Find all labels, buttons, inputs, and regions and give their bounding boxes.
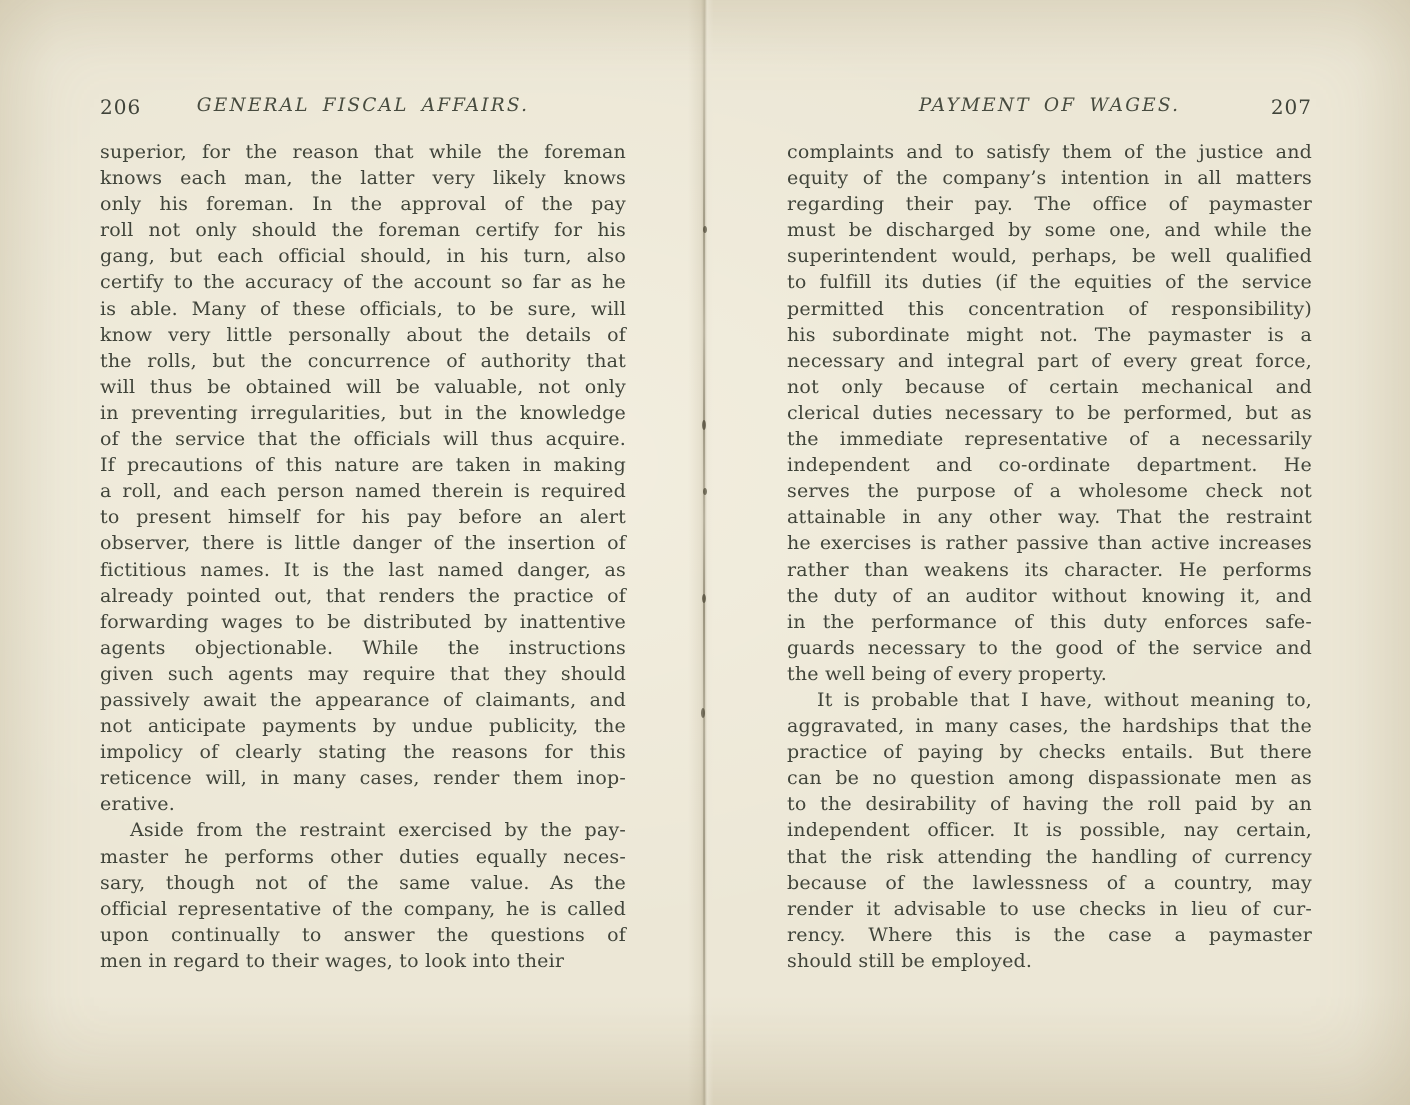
text-line: the duty of an auditor without knowing i… [787, 583, 1312, 609]
text-line: certify to the accuracy of the account s… [100, 269, 626, 295]
text-line: agents objectionable. While the instruct… [100, 635, 626, 661]
text-line: the well being of every property. [787, 661, 1312, 687]
text-line: the rolls, but the concurrence of author… [100, 348, 626, 374]
text-line: men in regard to their wages, to look in… [100, 948, 626, 974]
text-line: guards necessary to the good of the serv… [787, 635, 1312, 661]
text-line: attainable in any other way. That the re… [787, 504, 1312, 530]
text-line: to present himself for his pay before an… [100, 504, 626, 530]
text-line: passively await the appearance of claima… [100, 687, 626, 713]
book-gutter [688, 0, 722, 1105]
text-line: already pointed out, that renders the pr… [100, 583, 626, 609]
text-line: must be discharged by some one, and whil… [787, 217, 1312, 243]
text-line: master he performs other duties equally … [100, 844, 626, 870]
page-body: complaints and to satisfy them of the ju… [787, 139, 1312, 974]
running-head: GENERAL FISCAL AFFAIRS. [100, 95, 626, 116]
running-head: PAYMENT OF WAGES. [787, 95, 1312, 116]
gutter-speck [702, 420, 706, 430]
page-head-left: 206 GENERAL FISCAL AFFAIRS. [100, 95, 626, 121]
text-line: gang, but each official should, in his t… [100, 243, 626, 269]
text-line: not only because of certain mechanical a… [787, 374, 1312, 400]
text-line: If precautions of this nature are taken … [100, 452, 626, 478]
text-line: that the risk attending the handling of … [787, 844, 1312, 870]
text-line: aggravated, in many cases, the hardships… [787, 713, 1312, 739]
text-line: upon continually to answer the questions… [100, 922, 626, 948]
gutter-speck [701, 708, 705, 718]
text-line: forwarding wages to be distributed by in… [100, 609, 626, 635]
gutter-speck [702, 594, 706, 603]
text-line: knows each man, the latter very likely k… [100, 165, 626, 191]
text-line: equity of the company’s intention in all… [787, 165, 1312, 191]
text-line: to the desirability of having the roll p… [787, 791, 1312, 817]
text-line: given such agents may require that they … [100, 661, 626, 687]
text-line: fictitious names. It is the last named d… [100, 557, 626, 583]
text-line: necessary and integral part of every gre… [787, 348, 1312, 374]
page-number: 207 [1271, 95, 1312, 119]
text-line: to fulfill its duties (if the equities o… [787, 269, 1312, 295]
text-line: independent officer. It is possible, nay… [787, 817, 1312, 843]
text-line: Aside from the restraint exercised by th… [100, 817, 626, 843]
text-line: only his foreman. In the approval of the… [100, 191, 626, 217]
text-line: in the performance of this duty enforces… [787, 609, 1312, 635]
text-line: clerical duties necessary to be performe… [787, 400, 1312, 426]
text-line: reticence will, in many cases, render th… [100, 765, 626, 791]
gutter-speck [703, 226, 707, 233]
gutter-speck [703, 488, 707, 495]
text-line: he exercises is rather passive than acti… [787, 530, 1312, 556]
text-line: because of the lawlessness of a country,… [787, 870, 1312, 896]
text-line: can be no question among dispassionate m… [787, 765, 1312, 791]
gutter-crease [703, 0, 705, 1105]
page-left: 206 GENERAL FISCAL AFFAIRS. superior, fo… [0, 0, 705, 1105]
text-line: rency. Where this is the case a paymaste… [787, 922, 1312, 948]
text-line: independent and co-ordinate department. … [787, 452, 1312, 478]
text-line: sary, though not of the same value. As t… [100, 870, 626, 896]
text-line: observer, there is little danger of the … [100, 530, 626, 556]
book-scan: { "colors": { "paper": "#ece7d6", "ink":… [0, 0, 1410, 1105]
page-body: superior, for the reason that while the … [100, 139, 626, 974]
text-line: rather than weakens its character. He pe… [787, 557, 1312, 583]
text-line: It is probable that I have, without mean… [787, 687, 1312, 713]
text-line: regarding their pay. The office of payma… [787, 191, 1312, 217]
text-line: know very little personally about the de… [100, 322, 626, 348]
text-line: render it advisable to use checks in lie… [787, 896, 1312, 922]
text-line: roll not only should the foreman certify… [100, 217, 626, 243]
text-line: the immediate representative of a necess… [787, 426, 1312, 452]
text-line: official representative of the company, … [100, 896, 626, 922]
text-line: a roll, and each person named therein is… [100, 478, 626, 504]
text-line: his subordinate might not. The paymaster… [787, 322, 1312, 348]
text-line: of the service that the officials will t… [100, 426, 626, 452]
text-line: in preventing irregularities, but in the… [100, 400, 626, 426]
page-number: 206 [100, 95, 141, 119]
text-line: superior, for the reason that while the … [100, 139, 626, 165]
page-head-right: PAYMENT OF WAGES. 207 [787, 95, 1312, 121]
text-line: not anticipate payments by undue publici… [100, 713, 626, 739]
text-line: should still be employed. [787, 948, 1312, 974]
text-line: will thus be obtained will be valuable, … [100, 374, 626, 400]
text-line: impolicy of clearly stating the reasons … [100, 739, 626, 765]
text-line: complaints and to satisfy them of the ju… [787, 139, 1312, 165]
text-line: practice of paying by checks entails. Bu… [787, 739, 1312, 765]
text-line: is able. Many of these officials, to be … [100, 296, 626, 322]
text-line: serves the purpose of a wholesome check … [787, 478, 1312, 504]
page-right: PAYMENT OF WAGES. 207 complaints and to … [705, 0, 1410, 1105]
text-line: superintendent would, perhaps, be well q… [787, 243, 1312, 269]
text-line: permitted this concentration of responsi… [787, 296, 1312, 322]
text-line: erative. [100, 791, 626, 817]
